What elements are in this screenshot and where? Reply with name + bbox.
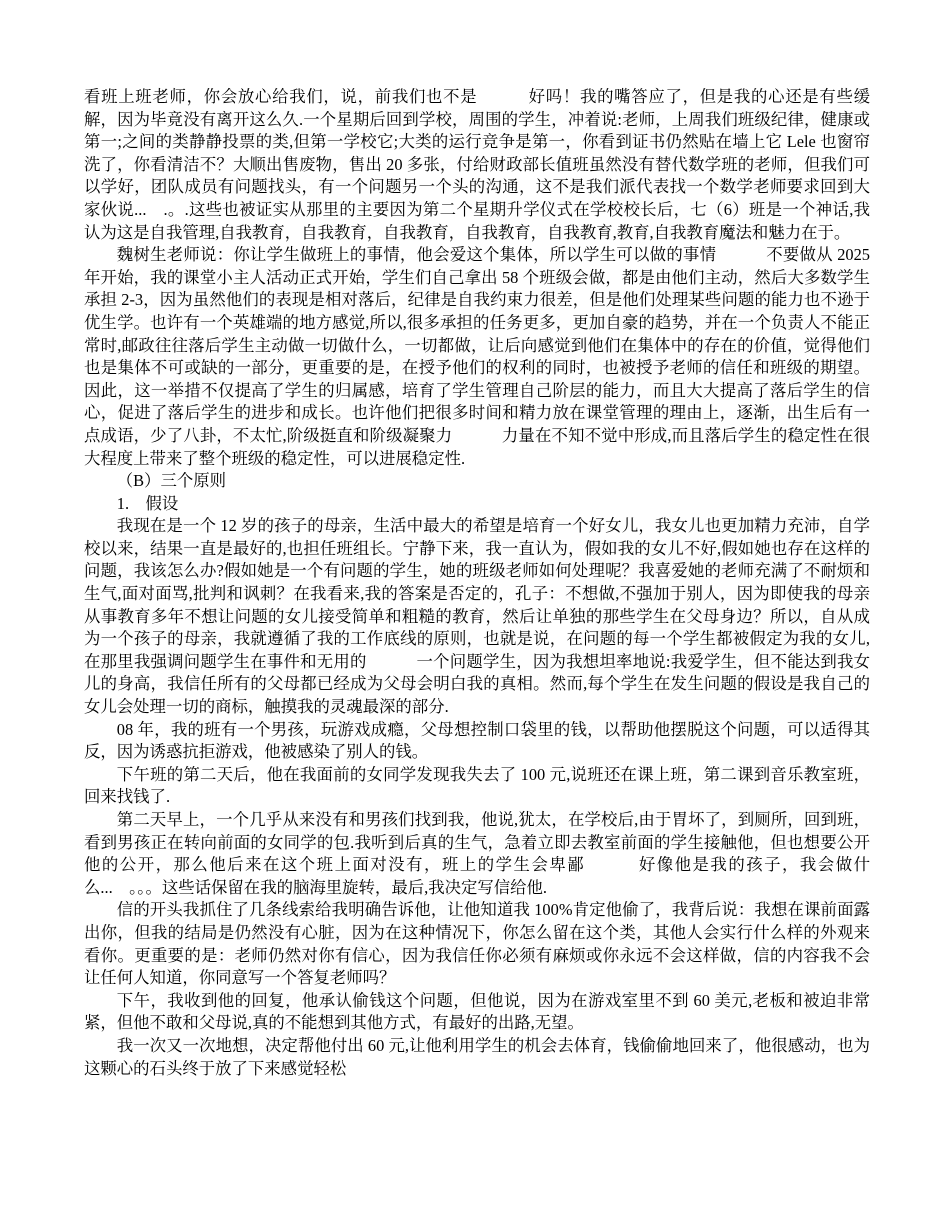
section-heading-b-three-principles: （B）三个原则 — [84, 470, 870, 493]
paragraph-letter-opening: 信的开头我抓住了几条线索给我明确告诉他，让他知道我 100%肯定他偷了，我背后说… — [84, 899, 870, 989]
paragraph-lost-money: 下午班的第二天后，他在我面前的女同学发现我失去了 100 元,说班还在课上班，第… — [84, 764, 870, 809]
paragraph-mother-hypothesis: 我现在是一个 12 岁的孩子的母亲，生活中最大的希望是培育一个好女儿，我女儿也更… — [84, 515, 870, 718]
list-heading-1-hypothesis: 1. 假设 — [84, 493, 870, 516]
paragraph-next-morning: 第二天早上，一个几乎从来没有和男孩们找到我，他说,犹太，在学校后,由于胃坏了，到… — [84, 809, 870, 899]
paragraph-decision-help-pay: 我一次又一次地想，决定帮他付出 60 元,让他利用学生的机会去体育，钱偷偷地回来… — [84, 1035, 870, 1080]
document-page: 看班上班老师，你会放心给我们，说，前我们也不是 好吗！我的嘴答应了，但是我的心还… — [0, 0, 950, 1230]
paragraph-wei-shusheng-quote: 魏树生老师说：你让学生做班上的事情，他会爱这个集体，所以学生可以做的事情 不要做… — [84, 244, 870, 470]
paragraph-boy-game-addiction: 08 年，我的班有一个男孩，玩游戏成瘾，父母想控制口袋里的钱，以帮助他摆脱这个问… — [84, 719, 870, 764]
document-content: 看班上班老师，你会放心给我们，说，前我们也不是 好吗！我的嘴答应了，但是我的心还… — [84, 86, 870, 1080]
paragraph-afternoon-reply: 下午，我收到他的回复，他承认偷钱这个问题，但他说，因为在游戏室里不到 60 美元… — [84, 990, 870, 1035]
paragraph-continued-intro: 看班上班老师，你会放心给我们，说，前我们也不是 好吗！我的嘴答应了，但是我的心还… — [84, 86, 870, 244]
